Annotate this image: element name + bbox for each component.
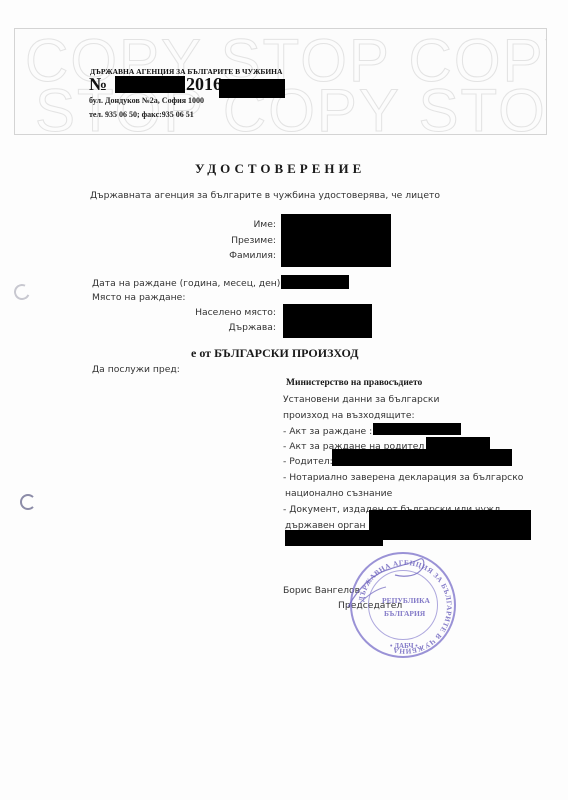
stamp-inner-circle (368, 570, 438, 640)
middle-name-label: Презиме: (200, 235, 276, 246)
document-page: COPY STOP COPY STOP COPY STO ДЪРЖАВНА АГ… (0, 0, 568, 800)
redacted-parent (332, 449, 512, 466)
copy-stop-watermark-2: STOP COPY STO (35, 81, 547, 135)
last-name-label: Фамилия: (200, 250, 276, 261)
number-year: 2016 (186, 74, 222, 95)
number-prefix: № (89, 74, 107, 95)
recipient-institution: Министерство на правосъдието (286, 378, 422, 388)
redacted-number (115, 76, 185, 93)
redacted-full-name (281, 214, 391, 267)
redacted-birth-certificate (373, 423, 461, 435)
official-stamp: ДЪРЖАВНА АГЕНЦИЯ ЗА БЪЛГАРИТЕ В ЧУЖБИНА … (350, 552, 456, 658)
origin-statement: е от БЪЛГАРСКИ ПРОИЗХОД (191, 346, 358, 361)
birth-place-label: Място на раждане: (92, 292, 185, 303)
evidence-notarized-declaration: - Нотариално заверена декларация за бълг… (283, 472, 523, 483)
redacted-number-suffix (219, 79, 285, 98)
redacted-birth-place (283, 304, 372, 338)
evidence-intro-line2: произход на възходящите: (283, 410, 415, 421)
stamp-center-line1: РЕПУБЛИКА (382, 596, 430, 605)
evidence-birth-certificate: - Акт за раждане : (283, 426, 372, 437)
evidence-intro-line1: Установени данни за български (283, 394, 439, 405)
agency-address: бул. Дондуков №2а, София 1000 (89, 96, 204, 105)
serve-before-label: Да послужи пред: (92, 364, 180, 375)
redacted-official-document-2 (285, 530, 383, 546)
document-title: УДОСТОВЕРЕНИЕ (195, 161, 365, 177)
country-label: Държава: (180, 322, 276, 333)
agency-phone-fax: тел. 935 06 50; факс:935 06 51 (89, 110, 194, 119)
punch-mark-top (12, 282, 33, 303)
redacted-birth-date (281, 275, 349, 289)
birth-date-label: Дата на раждане (година, месец, ден): (92, 278, 283, 289)
first-name-label: Име: (200, 219, 276, 230)
evidence-parent: - Родител: (283, 456, 333, 467)
stamp-bottom-text: • ДАБЧ • (390, 642, 418, 650)
punch-mark-bottom (20, 494, 36, 510)
stamp-center-line2: БЪЛГАРИЯ (384, 609, 425, 618)
evidence-notarized-declaration-cont: национално съзнание (285, 488, 392, 499)
settlement-label: Населено място: (180, 307, 276, 318)
intro-text: Държавната агенция за българите в чужбин… (90, 190, 440, 201)
redacted-official-document (369, 510, 531, 540)
